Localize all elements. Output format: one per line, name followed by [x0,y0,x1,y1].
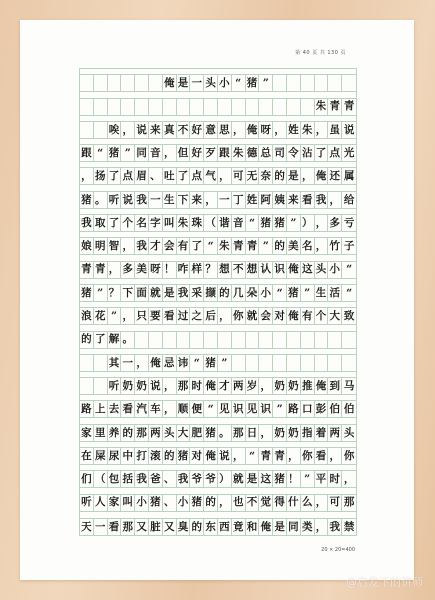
grid-cell: 面 [135,285,149,301]
grid-cell: ， [218,495,232,511]
grid-cell: 总 [259,145,273,161]
grid-cell [163,332,177,348]
grid-cell: 我 [135,471,149,487]
grid-cell: 了 [94,332,108,348]
grid-cell: 后 [204,308,218,324]
grid-cell: ， [218,308,232,324]
grid-cell: 屎 [94,448,108,464]
grid-cell [232,99,246,115]
grid-cell [287,332,301,348]
grid-cell: 真 [163,122,177,138]
grid-cell [315,75,329,91]
grid-cell: 是 [246,471,260,487]
grid-cell: 朱 [177,215,191,231]
grid-cell: 括 [121,471,135,487]
grid-cell: 又 [135,519,149,535]
grid-cell: 一 [218,192,232,208]
grid-cell: 姓 [287,122,301,138]
grid-cell: 了 [315,145,329,161]
grid-cell: 俺 [287,262,301,278]
grid-cell: 的 [273,238,287,254]
grid-cell: 你 [301,448,315,464]
grid-cell: 两 [328,425,342,441]
grid-cell: 奶 [287,378,301,394]
grid-cell: 来 [190,192,204,208]
grid-cell: 想 [246,262,260,278]
grid-cell: 猪 [287,285,301,301]
grid-cell: ， [121,238,135,254]
grid-cell: 一 [190,75,204,91]
grid-cell: 那 [135,425,149,441]
grid-cell: 奈 [259,168,273,184]
grid-cell: 时 [190,378,204,394]
grid-cell: “ [273,285,287,301]
grid-cells: 青青，多美呀！咋样？想不想认识俺这头小“ [80,261,356,279]
grid-cell: 取 [94,215,108,231]
grid-cell: 下 [177,192,191,208]
grid-cell: 多 [328,215,342,231]
grid-cell [342,332,356,348]
grid-cell: 人 [94,495,108,511]
grid-cell: 了 [108,168,122,184]
grid-cell [301,332,315,348]
grid-cell: 西 [218,519,232,535]
grid-size-label: 20 × 20=400 [321,547,355,553]
grid-cell: 指 [301,425,315,441]
text-row: 猪”？下面就是我采撷的几朵小“猪”生活“ [80,279,356,302]
grid-cell: 识 [232,401,246,417]
grid-cells: 俺是一头小“猪” [80,74,356,92]
grid-cell: 朱 [301,122,315,138]
grid-cell: 就 [149,285,163,301]
grid-cell: 生 [315,285,329,301]
grid-cells: 听奶奶说，那时俺才两岁，奶奶推俺到马 [80,377,356,395]
grid-cell: ， [204,192,218,208]
grid-cell: 伯 [328,401,342,417]
grid-cell [135,99,149,115]
grid-cell: 你 [342,448,356,464]
grid-cell: 汽 [135,401,149,417]
grid-cell: 这 [259,471,273,487]
grid-cells: 猪。听说我一生下来，一丁姓阿姨来看我，给 [80,191,356,209]
grid-cell: 头 [315,262,329,278]
grid-cell: 青 [328,99,342,115]
grid-cell: 顺 [177,401,191,417]
grid-cell: 过 [177,308,191,324]
grid-cell: 东 [204,519,218,535]
grid-cell: 姨 [273,192,287,208]
grid-cell: 美 [135,262,149,278]
grid-cell: 天 [80,519,94,535]
grid-cell: 我 [328,519,342,535]
grid-cell [121,75,135,91]
grid-cell [315,355,329,371]
grid-cell: 滚 [149,448,163,464]
grid-cell: 里 [94,425,108,441]
grid-cell: 亏 [342,215,356,231]
page-number-info: 第 40 页 共 130 页 [295,49,346,56]
grid-cell: 好 [190,122,204,138]
grid-cell: “ [342,285,356,301]
grid-cell: 两 [232,378,246,394]
grid-cell [301,355,315,371]
text-row: 其一，俺忌讳“猪” [80,349,356,372]
grid-cell: 俺 [246,122,260,138]
grid-cell: 青 [232,238,246,254]
grid-cell: 路 [80,401,94,417]
grid-cell: 看 [163,308,177,324]
grid-cell: 俺 [204,448,218,464]
grid-cell: 谐 [218,215,232,231]
grid-cell: 才 [149,238,163,254]
grid-cell: 什 [287,495,301,511]
grid-cell: 是 [273,519,287,535]
grid-cell: 就 [246,308,260,324]
grid-cell [94,122,108,138]
grid-cell: 来 [287,192,301,208]
manuscript-grid: 俺是一头小“猪”朱青青唉，说来真不好意思，俺呀，姓朱，虽说跟“猪”同音，但好歹跟… [79,68,357,536]
grid-cell: 我 [80,215,94,231]
grid-cell: 。 [121,332,135,348]
grid-cell: 对 [190,448,204,464]
grid-cell: 家 [80,425,94,441]
grid-cell: 的 [163,448,177,464]
grid-cell: 青 [342,99,356,115]
grid-cell: 奶 [273,425,287,441]
grid-cell: 听 [108,192,122,208]
grid-cell: 爷 [204,471,218,487]
grid-cell: ！ [287,471,301,487]
grid-cell: 听 [80,495,94,511]
grid-cell: 车 [149,401,163,417]
grid-cell: 我 [177,471,191,487]
grid-cell: ， [301,168,315,184]
grid-cell: ， [135,355,149,371]
grid-cell: 么 [301,495,315,511]
text-row: 听人家叫小猪、小猪的，也不觉得什么，可那 [80,488,356,511]
grid-cell: 生 [163,192,177,208]
grid-cell: 小 [135,495,149,511]
grid-cell: 猪 [204,425,218,441]
grid-cell [149,99,163,115]
text-row: 们（包括我爸、我爷爷）就是这猪！”平时， [80,465,356,488]
grid-cell: ， [273,122,287,138]
grid-cell [273,332,287,348]
grid-cell: 大 [328,308,342,324]
text-row: 浪花”，只要看过之后，你就会对俺有个大致 [80,302,356,325]
grid-cell: 说 [121,192,135,208]
grid-cells: 我取了个名字叫朱珠（谐音“猪猪”），多亏 [80,214,356,232]
grid-cell: 德 [246,145,260,161]
grid-cell: 岁 [246,378,260,394]
text-row: ，扬了点眉、吐了点气，可无奈的是，俺还属 [80,162,356,185]
grid-cell: 字 [149,215,163,231]
grid-cell: 才 [218,378,232,394]
grid-cell: 。 [94,192,108,208]
grid-cell: 这 [301,262,315,278]
grid-cell: 平 [315,471,329,487]
grid-cells: 朱青青 [80,98,356,116]
grid-cell: 会 [259,308,273,324]
grid-cell: 包 [108,471,122,487]
grid-cell [149,75,163,91]
grid-cell: 子 [342,238,356,254]
grid-cell: 沾 [301,145,315,161]
grid-cell: ， [315,122,329,138]
grid-cell: 奶 [273,378,287,394]
grid-cell: ！ [163,262,177,278]
grid-cell: 猪 [246,75,260,91]
grid-cell: 虽 [328,122,342,138]
grid-cell: 浪 [80,308,94,324]
grid-cell: 猪 [80,192,94,208]
grid-cell: 头 [204,75,218,91]
grid-cell: 还 [328,168,342,184]
grid-cell: 见 [246,401,260,417]
grid-cell: ， [342,471,356,487]
grid-cell: 。 [218,425,232,441]
text-row: 的了解。 [80,325,356,348]
grid-cell [94,355,108,371]
grid-cell: 奶 [135,378,149,394]
text-row: 我取了个名字叫朱珠（谐音“猪猪”），多亏 [80,209,356,232]
grid-cell: 青 [273,448,287,464]
text-row: 唉，说来真不好意思，俺呀，姓朱，虽说 [80,116,356,139]
grid-cell: 无 [246,168,260,184]
grid-cell: 脏 [149,519,163,535]
grid-cell: 彭 [315,401,329,417]
grid-cell [246,355,260,371]
grid-cell: 们 [80,471,94,487]
grid-cell: ” [108,308,122,324]
text-row: 猪。听说我一生下来，一丁姓阿姨来看我，给 [80,185,356,208]
grid-cell: “ [342,262,356,278]
grid-cell: 认 [259,262,273,278]
grid-cell: 跟 [218,145,232,161]
grid-cell: 意 [204,122,218,138]
grid-cell: 那 [232,425,246,441]
grid-cell [177,332,191,348]
grid-cell: 类 [301,519,315,535]
grid-cell: 活 [328,285,342,301]
grid-cell: ” [94,285,108,301]
grid-cell: 听 [108,378,122,394]
grid-cell: 会 [163,238,177,254]
grid-cell: 的 [190,519,204,535]
grid-cell: 的 [273,168,287,184]
grid-cell: 了 [108,215,122,231]
grid-cell: 说 [149,378,163,394]
grid-cell [328,332,342,348]
grid-cell: 不 [246,495,260,511]
grid-cell [204,332,218,348]
grid-cell: ？ [108,285,122,301]
grid-cell: 吐 [163,168,177,184]
grid-cell: 青 [80,262,94,278]
grid-cell: 得 [273,495,287,511]
grid-cell: 家 [108,495,122,511]
grid-cell [342,355,356,371]
text-row: 跟“猪”同音，但好歹跟朱德总司令沾了点光 [80,139,356,162]
grid-cell: 的 [218,285,232,301]
grid-cell: 来 [149,122,163,138]
grid-cell [342,75,356,91]
grid-cell: 就 [232,471,246,487]
grid-cell: 爷 [190,471,204,487]
grid-cell: ， [163,378,177,394]
grid-cell: 眉 [135,168,149,184]
grid-cell [135,75,149,91]
grid-cell: 朱 [232,145,246,161]
grid-cell [80,378,94,394]
grid-cell: 你 [232,308,246,324]
watermark: @启发下的讲师 [346,574,423,590]
grid-cell: 叫 [121,495,135,511]
grid-cell: 姓 [246,192,260,208]
grid-cell: 呀 [149,262,163,278]
grid-cell: 朱 [315,99,329,115]
grid-cell: 音 [149,145,163,161]
grid-cell [287,75,301,91]
grid-cell [80,122,94,138]
grid-cell: 我 [135,238,149,254]
grid-cell: ， [259,425,273,441]
grid-cells: 们（包括我爸、我爷爷）就是这猪！”平时， [80,470,356,488]
grid-cell: 识 [259,401,273,417]
grid-cell: 猪 [108,145,122,161]
grid-cell: 养 [108,425,122,441]
grid-cell: 我 [315,192,329,208]
grid-cell [108,99,122,115]
grid-cell [273,99,287,115]
grid-cell: 说 [342,122,356,138]
grid-cell: 几 [232,285,246,301]
grid-cell: 那 [121,519,135,535]
grid-cell: ， [259,378,273,394]
grid-cell: 看 [315,448,329,464]
grid-cell: 呀 [259,122,273,138]
grid-cell [259,355,273,371]
grid-cells: 唉，说来真不好意思，俺呀，姓朱，虽说 [80,121,356,139]
grid-cell: ” [218,355,232,371]
grid-cell: 阿 [259,192,273,208]
grid-cells: 其一，俺忌讳“猪” [80,354,356,372]
grid-cell: 猪 [273,471,287,487]
grid-cell: 扬 [94,168,108,184]
grid-cell: 歹 [204,145,218,161]
grid-cell [315,332,329,348]
grid-cell: 美 [287,238,301,254]
grid-cell: ） [218,471,232,487]
grid-cell: 一 [149,192,163,208]
grid-cell: ， [287,448,301,464]
grid-cell: 花 [94,308,108,324]
grid-cell [80,75,94,91]
grid-cell: 的 [204,495,218,511]
grid-cell: 点 [328,145,342,161]
grid-cell: ， [121,122,135,138]
grid-cell [287,355,301,371]
grid-cell: 头 [163,425,177,441]
grid-cells: 猪”？下面就是我采撷的几朵小“猪”生活“ [80,284,356,302]
grid-cell: ？ [204,262,218,278]
grid-cell: 猪 [273,215,287,231]
grid-cell: 唉 [108,122,122,138]
grid-cell [273,75,287,91]
grid-cell: “ [246,215,260,231]
grid-cell: 跟 [80,145,94,161]
grid-cell: 了 [177,168,191,184]
grid-cell: 一 [121,355,135,371]
grid-cell [80,99,94,115]
grid-cell: ” [121,145,135,161]
text-row: 天一看那又脏又臭的东西竟和俺是同类，我禁 [80,512,356,535]
grid-cell: 俺 [287,308,301,324]
grid-cell: 丁 [232,192,246,208]
grid-cell: 奶 [121,378,135,394]
grid-cell: 只 [135,308,149,324]
grid-cell: ” [301,285,315,301]
grid-cell: 不 [232,262,246,278]
grid-cell: 属 [342,168,356,184]
grid-cells: 的了解。 [80,331,356,349]
text-row: 娘明智，我才会有了“朱青青”的美名，竹子 [80,232,356,255]
grid-cell: 给 [342,192,356,208]
grid-cell: ， [315,215,329,231]
grid-cell: ， [315,495,329,511]
grid-cell: （ [94,471,108,487]
grid-cell [246,99,260,115]
grid-cell: 中 [121,448,135,464]
grid-cell: 猪 [259,215,273,231]
grid-cell [301,99,315,115]
grid-cell: 禁 [342,519,356,535]
grid-cell [80,355,94,371]
grid-cell: 想 [218,262,232,278]
text-row: 家里养的那两头大肥猪。那日，奶奶指着两头 [80,418,356,441]
grid-cell: 音 [232,215,246,231]
grid-cell: 说 [135,122,149,138]
author-row: 朱青青 [80,92,356,115]
grid-cell: 奶 [287,425,301,441]
grid-cell: ， [121,308,135,324]
grid-cell [328,355,342,371]
grid-cell: 珠 [190,215,204,231]
grid-cell: 、 [149,168,163,184]
grid-cell [259,99,273,115]
grid-cell [149,332,163,348]
grid-cell: 其 [108,355,122,371]
grid-cell: ， [328,448,342,464]
grid-cell: ” [273,401,287,417]
grid-cell: 小 [259,285,273,301]
grid-cell: 时 [328,471,342,487]
grid-cell: 俺 [149,355,163,371]
grid-cell: 气 [204,168,218,184]
grid-cell: 推 [301,378,315,394]
grid-cell: 青 [259,448,273,464]
grid-cell: 样 [190,262,204,278]
grid-cell: 朱 [218,238,232,254]
grid-cell: ， [315,238,329,254]
grid-cell: 马 [342,378,356,394]
grid-cell: ， [108,262,122,278]
grid-cell: 头 [342,425,356,441]
grid-cell: ” [259,75,273,91]
grid-cell [301,75,315,91]
grid-cell: 叫 [163,215,177,231]
grid-cell: ， [163,145,177,161]
